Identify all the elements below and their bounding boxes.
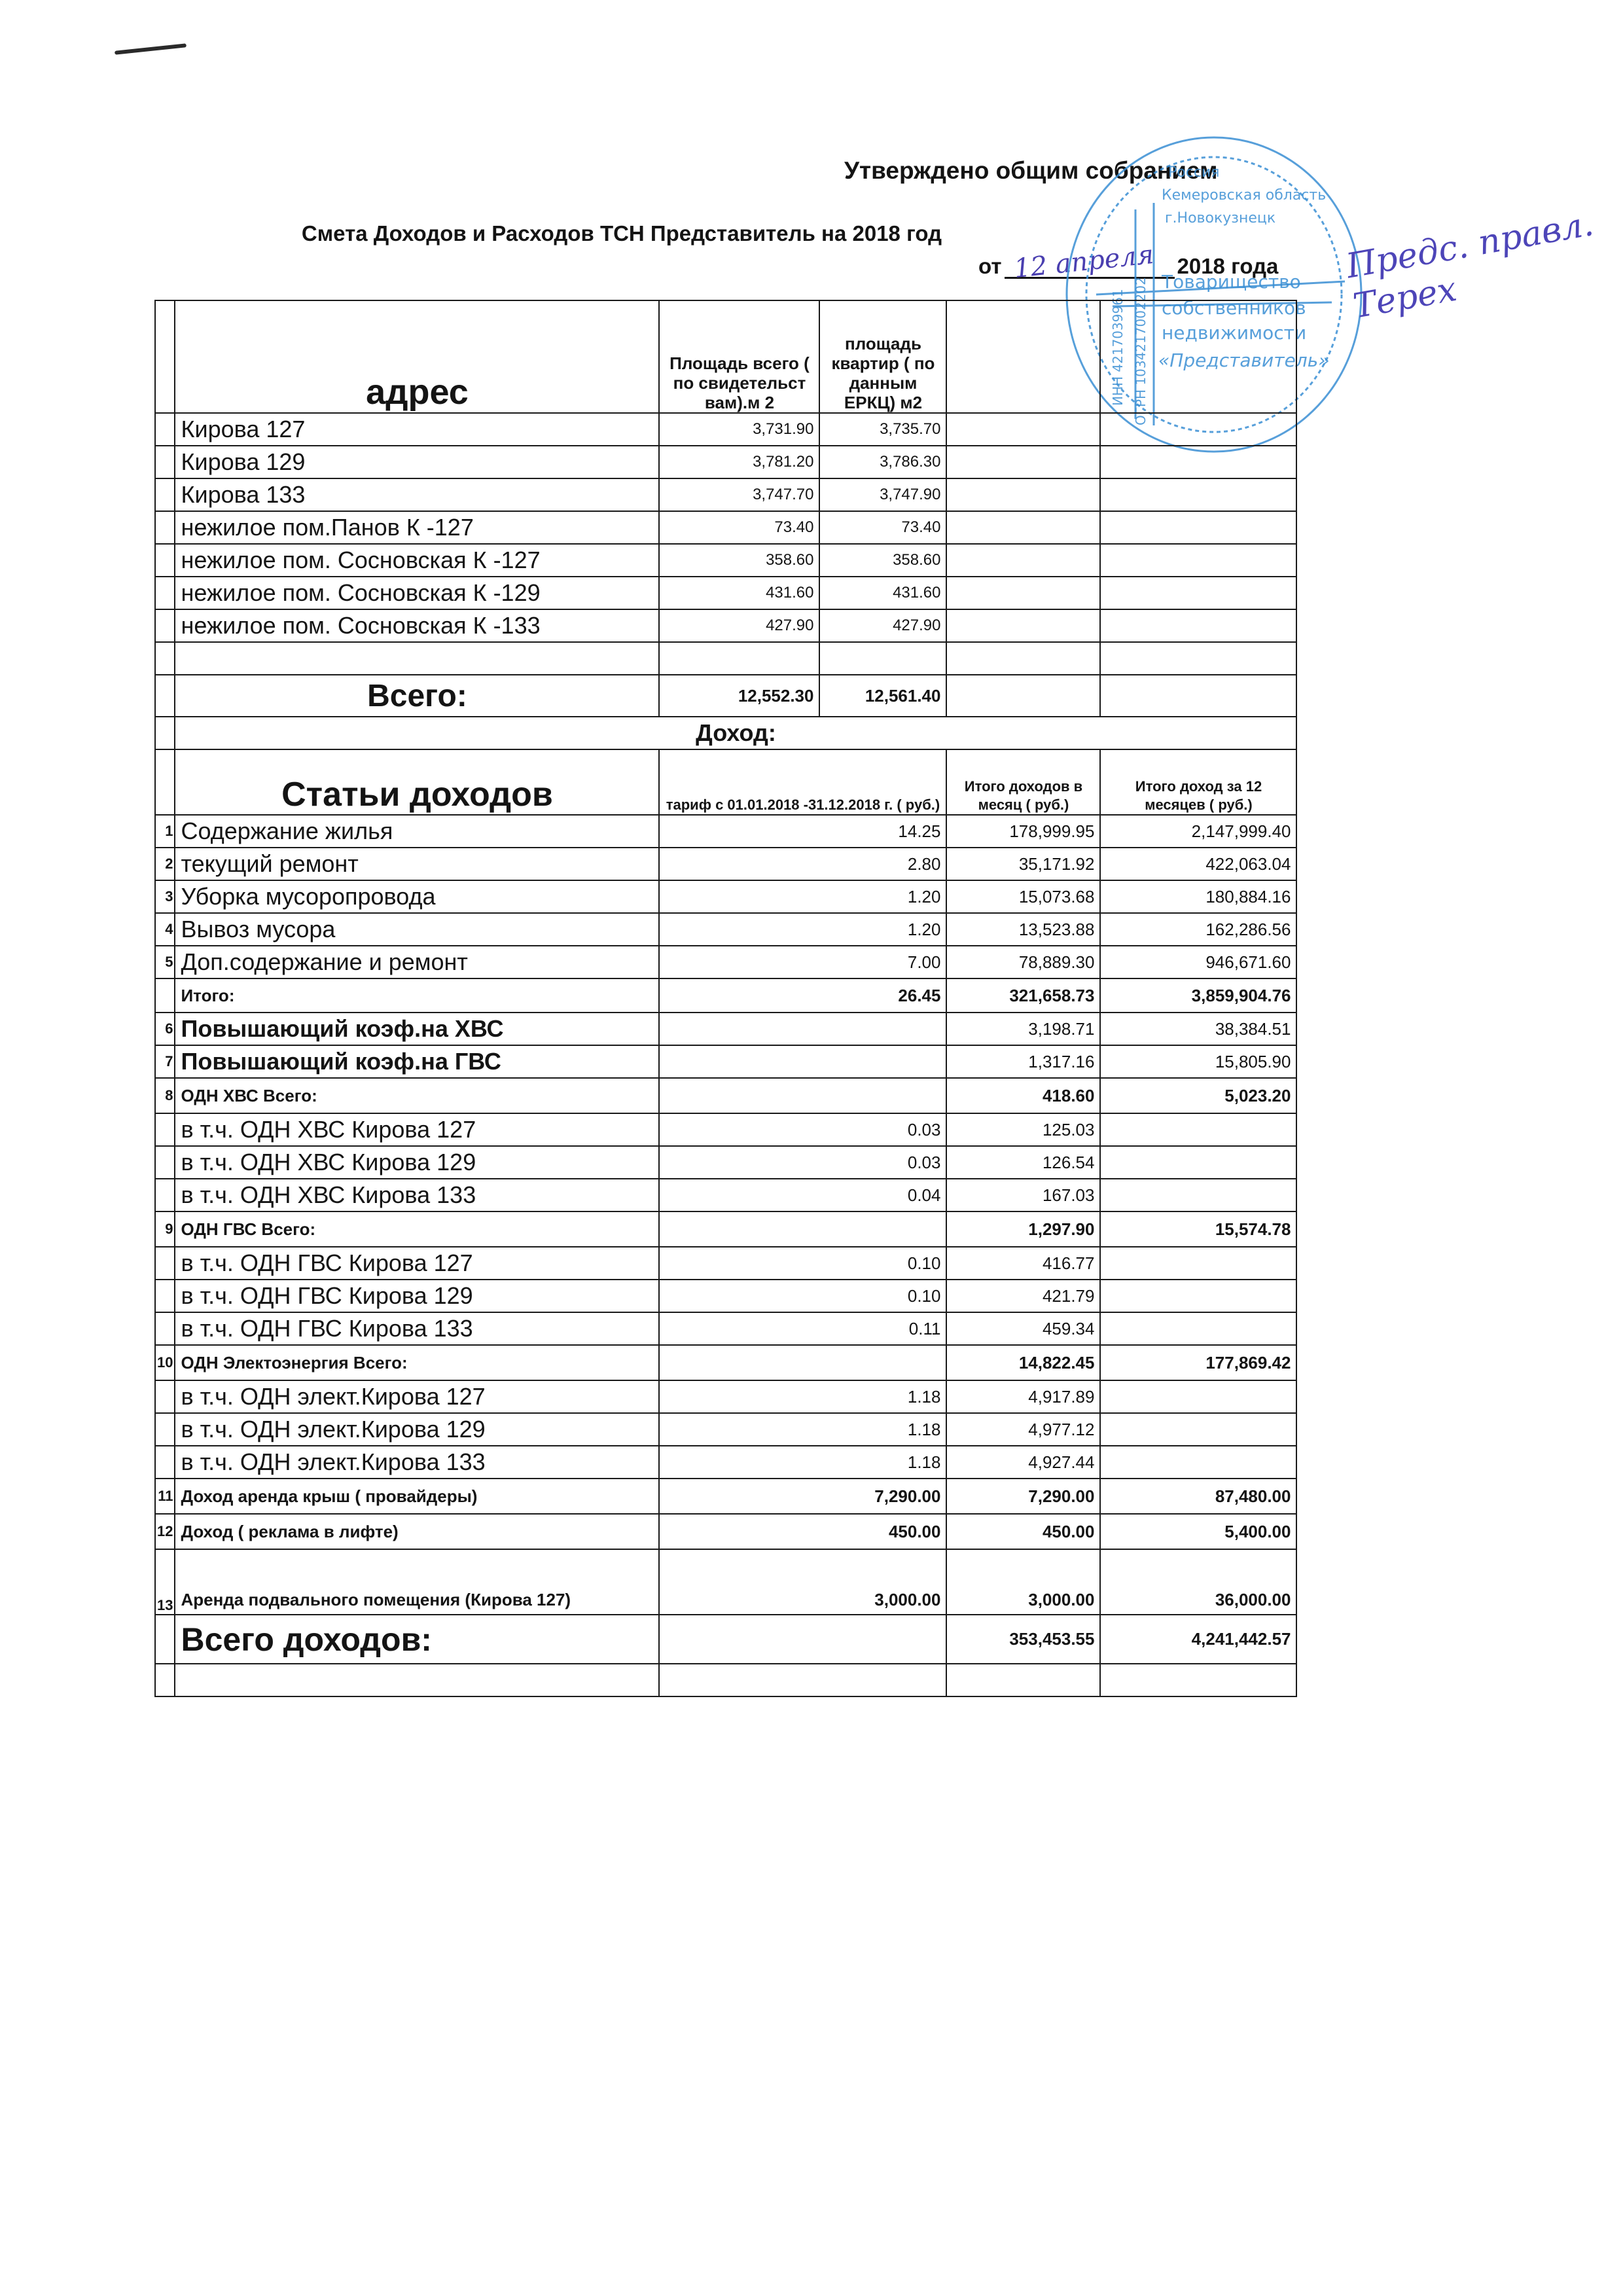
area-flats-header: площадь квартир ( по данным ЕРКЦ) м2 <box>819 300 946 413</box>
monthly-cell: 3,000.00 <box>946 1549 1100 1615</box>
yearly-cell: 87,480.00 <box>1100 1479 1296 1514</box>
tariff-cell <box>659 1078 946 1113</box>
address-cell: нежилое пом. Сосновская К -127 <box>175 544 659 577</box>
row-number <box>155 1446 175 1479</box>
row-number <box>155 1247 175 1280</box>
income-section-row: Доход: <box>155 717 1296 749</box>
area-flats-cell: 3,747.90 <box>819 478 946 511</box>
area-total-cell: 3,747.70 <box>659 478 819 511</box>
tariff-cell <box>659 1013 946 1045</box>
income-row: 1Содержание жилья14.25178,999.952,147,99… <box>155 815 1296 848</box>
approval-heading: Утверждено общим собранием <box>844 157 1217 185</box>
income-row: в т.ч. ОДН элект.Кирова 1271.184,917.89 <box>155 1380 1296 1413</box>
tariff-cell: 0.04 <box>659 1179 946 1211</box>
date-suffix: 2018 года <box>1177 254 1279 279</box>
tariff-cell: 7.00 <box>659 946 946 978</box>
row-number <box>155 1312 175 1345</box>
tariff-cell: 0.10 <box>659 1247 946 1280</box>
row-number <box>155 1113 175 1146</box>
income-item: Доход аренда крыш ( провайдеры) <box>175 1479 659 1514</box>
area-row: нежилое пом. Сосновская К -129431.60431.… <box>155 577 1296 609</box>
address-header: адрес <box>175 300 659 413</box>
staple-mark <box>115 43 187 54</box>
yearly-cell <box>1100 1113 1296 1146</box>
area-flats-cell: 73.40 <box>819 511 946 544</box>
yearly-cell <box>1100 1146 1296 1179</box>
area-row: нежилое пом.Панов К -12773.4073.40 <box>155 511 1296 544</box>
income-item: Уборка мусоропровода <box>175 880 659 913</box>
income-row: в т.ч. ОДН ХВС Кирова 1270.03125.03 <box>155 1113 1296 1146</box>
income-row: 12Доход ( реклама в лифте)450.00450.005,… <box>155 1514 1296 1549</box>
monthly-cell: 126.54 <box>946 1146 1100 1179</box>
area-row: Кирова 1333,747.703,747.90 <box>155 478 1296 511</box>
row-number: 1 <box>155 815 175 848</box>
income-item: ОДН ХВС Всего: <box>175 1078 659 1113</box>
yearly-cell: 36,000.00 <box>1100 1549 1296 1615</box>
address-cell: нежилое пом. Сосновская К -129 <box>175 577 659 609</box>
income-item: текущий ремонт <box>175 848 659 880</box>
yearly-cell <box>1100 1380 1296 1413</box>
income-row: 7Повышающий коэф.на ГВС1,317.1615,805.90 <box>155 1045 1296 1078</box>
monthly-cell: 7,290.00 <box>946 1479 1100 1514</box>
income-item: в т.ч. ОДН элект.Кирова 133 <box>175 1446 659 1479</box>
area-total-cell: 358.60 <box>659 544 819 577</box>
monthly-cell: 125.03 <box>946 1113 1100 1146</box>
row-number: 7 <box>155 1045 175 1078</box>
approval-date: от 12 апреля 2018 года <box>978 251 1278 279</box>
area-flats-cell: 358.60 <box>819 544 946 577</box>
area-flats-cell: 3,735.70 <box>819 413 946 446</box>
tariff-cell <box>659 1211 946 1247</box>
tariff-cell: 0.03 <box>659 1113 946 1146</box>
area-total-row: Всего: 12,552.30 12,561.40 <box>155 675 1296 717</box>
row-number <box>155 1146 175 1179</box>
yearly-header: Итого доход за 12 месяцев ( руб.) <box>1100 749 1296 815</box>
tariff-cell: 3,000.00 <box>659 1549 946 1615</box>
tariff-cell: 1.20 <box>659 913 946 946</box>
yearly-cell: 3,859,904.76 <box>1100 978 1296 1013</box>
row-number: 2 <box>155 848 175 880</box>
monthly-cell: 416.77 <box>946 1247 1100 1280</box>
area-flats-total-value: 12,561.40 <box>819 675 946 717</box>
income-item: в т.ч. ОДН ГВС Кирова 127 <box>175 1247 659 1280</box>
row-number <box>155 978 175 1013</box>
income-row: 9ОДН ГВС Всего:1,297.9015,574.78 <box>155 1211 1296 1247</box>
row-number <box>155 1380 175 1413</box>
income-item: в т.ч. ОДН ГВС Кирова 129 <box>175 1280 659 1312</box>
yearly-cell <box>1100 1413 1296 1446</box>
area-row: Кирова 1293,781.203,786.30 <box>155 446 1296 478</box>
income-row: в т.ч. ОДН элект.Кирова 1291.184,977.12 <box>155 1413 1296 1446</box>
tariff-cell: 0.10 <box>659 1280 946 1312</box>
income-item: Итого: <box>175 978 659 1013</box>
monthly-cell: 78,889.30 <box>946 946 1100 978</box>
address-cell: Кирова 133 <box>175 478 659 511</box>
svg-text:г.Новокузнецк: г.Новокузнецк <box>1165 210 1275 226</box>
area-total-cell: 427.90 <box>659 609 819 642</box>
document-title: Смета Доходов и Расходов ТСН Представите… <box>298 219 946 248</box>
tariff-cell: 1.18 <box>659 1446 946 1479</box>
area-total-cell: 73.40 <box>659 511 819 544</box>
yearly-cell <box>1100 1446 1296 1479</box>
monthly-header: Итого доходов в месяц ( руб.) <box>946 749 1100 815</box>
income-total-yearly: 4,241,442.57 <box>1100 1615 1296 1664</box>
date-blank: 12 апреля <box>1005 251 1175 279</box>
area-row: нежилое пом. Сосновская К -133427.90427.… <box>155 609 1296 642</box>
tariff-cell: 7,290.00 <box>659 1479 946 1514</box>
income-row: в т.ч. ОДН ХВС Кирова 1290.03126.54 <box>155 1146 1296 1179</box>
row-number: 5 <box>155 946 175 978</box>
income-row: 10ОДН Электоэнергия Всего:14,822.45177,8… <box>155 1345 1296 1380</box>
income-item: Повышающий коэф.на ХВС <box>175 1013 659 1045</box>
tariff-cell: 1.18 <box>659 1380 946 1413</box>
monthly-cell: 1,297.90 <box>946 1211 1100 1247</box>
monthly-cell: 459.34 <box>946 1312 1100 1345</box>
monthly-cell: 15,073.68 <box>946 880 1100 913</box>
empty-final-row <box>155 1664 1296 1696</box>
area-row: Кирова 1273,731.903,735.70 <box>155 413 1296 446</box>
income-row: в т.ч. ОДН ХВС Кирова 1330.04167.03 <box>155 1179 1296 1211</box>
income-row: в т.ч. ОДН элект.Кирова 1331.184,927.44 <box>155 1446 1296 1479</box>
area-total-header: Площадь всего ( по свидетельст вам).м 2 <box>659 300 819 413</box>
area-row: нежилое пом. Сосновская К -127358.60358.… <box>155 544 1296 577</box>
yearly-cell: 38,384.51 <box>1100 1013 1296 1045</box>
income-item: в т.ч. ОДН ХВС Кирова 127 <box>175 1113 659 1146</box>
row-number: 10 <box>155 1345 175 1380</box>
monthly-cell: 35,171.92 <box>946 848 1100 880</box>
income-row: в т.ч. ОДН ГВС Кирова 1270.10416.77 <box>155 1247 1296 1280</box>
area-flats-cell: 427.90 <box>819 609 946 642</box>
monthly-cell: 4,977.12 <box>946 1413 1100 1446</box>
monthly-cell: 450.00 <box>946 1514 1100 1549</box>
row-number: 6 <box>155 1013 175 1045</box>
yearly-cell <box>1100 1312 1296 1345</box>
area-flats-cell: 3,786.30 <box>819 446 946 478</box>
area-total-cell: 3,781.20 <box>659 446 819 478</box>
monthly-cell: 1,317.16 <box>946 1045 1100 1078</box>
income-row: 2текущий ремонт2.8035,171.92422,063.04 <box>155 848 1296 880</box>
income-item: Доход ( реклама в лифте) <box>175 1514 659 1549</box>
monthly-cell: 14,822.45 <box>946 1345 1100 1380</box>
monthly-cell: 4,927.44 <box>946 1446 1100 1479</box>
date-prefix: от <box>978 254 1002 279</box>
row-number <box>155 1179 175 1211</box>
yearly-cell: 5,023.20 <box>1100 1078 1296 1113</box>
income-row: в т.ч. ОДН ГВС Кирова 1330.11459.34 <box>155 1312 1296 1345</box>
area-total-label: Всего: <box>175 675 659 717</box>
income-item: Повышающий коэф.на ГВС <box>175 1045 659 1078</box>
row-number: 3 <box>155 880 175 913</box>
income-header-row: Статьи доходов тариф с 01.01.2018 -31.12… <box>155 749 1296 815</box>
income-item: Аренда подвального помещения (Кирова 127… <box>175 1549 659 1615</box>
tariff-cell: 14.25 <box>659 815 946 848</box>
yearly-cell: 15,805.90 <box>1100 1045 1296 1078</box>
tariff-cell: 2.80 <box>659 848 946 880</box>
monthly-cell: 418.60 <box>946 1078 1100 1113</box>
tariff-cell: 0.11 <box>659 1312 946 1345</box>
income-item: ОДН ГВС Всего: <box>175 1211 659 1247</box>
area-total-value: 12,552.30 <box>659 675 819 717</box>
row-number: 13 <box>155 1549 175 1615</box>
tariff-cell: 26.45 <box>659 978 946 1013</box>
tariff-cell: 450.00 <box>659 1514 946 1549</box>
income-item: в т.ч. ОДН ГВС Кирова 133 <box>175 1312 659 1345</box>
spacer-row <box>155 642 1296 675</box>
row-number: 4 <box>155 913 175 946</box>
income-item: Доп.содержание и ремонт <box>175 946 659 978</box>
yearly-cell: 2,147,999.40 <box>1100 815 1296 848</box>
row-number: 8 <box>155 1078 175 1113</box>
chairman-signature: Предс. правл. Терех <box>1343 199 1623 327</box>
address-cell: нежилое пом.Панов К -127 <box>175 511 659 544</box>
yearly-cell: 946,671.60 <box>1100 946 1296 978</box>
yearly-cell: 177,869.42 <box>1100 1345 1296 1380</box>
yearly-cell: 162,286.56 <box>1100 913 1296 946</box>
address-cell: Кирова 129 <box>175 446 659 478</box>
income-section-title: Доход: <box>175 717 1296 749</box>
yearly-cell <box>1100 1280 1296 1312</box>
address-cell: Кирова 127 <box>175 413 659 446</box>
yearly-cell: 15,574.78 <box>1100 1211 1296 1247</box>
svg-text:Кемеровская область: Кемеровская область <box>1162 187 1326 204</box>
row-number: 11 <box>155 1479 175 1514</box>
row-number: 12 <box>155 1514 175 1549</box>
income-row: в т.ч. ОДН ГВС Кирова 1290.10421.79 <box>155 1280 1296 1312</box>
monthly-cell: 4,917.89 <box>946 1380 1100 1413</box>
income-row: Итого:26.45321,658.733,859,904.76 <box>155 978 1296 1013</box>
monthly-cell: 3,198.71 <box>946 1013 1100 1045</box>
income-total-monthly: 353,453.55 <box>946 1615 1100 1664</box>
address-cell: нежилое пом. Сосновская К -133 <box>175 609 659 642</box>
area-total-cell: 3,731.90 <box>659 413 819 446</box>
yearly-cell: 180,884.16 <box>1100 880 1296 913</box>
monthly-cell: 167.03 <box>946 1179 1100 1211</box>
yearly-cell: 422,063.04 <box>1100 848 1296 880</box>
monthly-cell: 421.79 <box>946 1280 1100 1312</box>
area-flats-cell: 431.60 <box>819 577 946 609</box>
monthly-cell: 13,523.88 <box>946 913 1100 946</box>
income-item: в т.ч. ОДН элект.Кирова 129 <box>175 1413 659 1446</box>
income-item: в т.ч. ОДН ХВС Кирова 129 <box>175 1146 659 1179</box>
income-row: 11Доход аренда крыш ( провайдеры)7,290.0… <box>155 1479 1296 1514</box>
income-total-row: Всего доходов: 353,453.55 4,241,442.57 <box>155 1615 1296 1664</box>
income-item: в т.ч. ОДН элект.Кирова 127 <box>175 1380 659 1413</box>
yearly-cell <box>1100 1247 1296 1280</box>
income-total-label: Всего доходов: <box>175 1615 659 1664</box>
yearly-cell <box>1100 1179 1296 1211</box>
tariff-cell <box>659 1045 946 1078</box>
tariff-cell <box>659 1345 946 1380</box>
income-row: 8ОДН ХВС Всего:418.605,023.20 <box>155 1078 1296 1113</box>
handwritten-date: 12 апреля <box>1012 240 1155 284</box>
row-number <box>155 1413 175 1446</box>
budget-table: адрес Площадь всего ( по свидетельст вам… <box>154 300 1297 1697</box>
income-item: в т.ч. ОДН ХВС Кирова 133 <box>175 1179 659 1211</box>
area-header-row: адрес Площадь всего ( по свидетельст вам… <box>155 300 1296 413</box>
income-item: Содержание жилья <box>175 815 659 848</box>
income-item: Вывоз мусора <box>175 913 659 946</box>
income-row: 3Уборка мусоропровода1.2015,073.68180,88… <box>155 880 1296 913</box>
income-row: 6Повышающий коэф.на ХВС3,198.7138,384.51 <box>155 1013 1296 1045</box>
tariff-cell: 1.20 <box>659 880 946 913</box>
income-row: 13Аренда подвального помещения (Кирова 1… <box>155 1549 1296 1615</box>
row-number: 9 <box>155 1211 175 1247</box>
row-number <box>155 1280 175 1312</box>
income-row: 4Вывоз мусора1.2013,523.88162,286.56 <box>155 913 1296 946</box>
tariff-cell: 1.18 <box>659 1413 946 1446</box>
yearly-cell: 5,400.00 <box>1100 1514 1296 1549</box>
income-item: ОДН Электоэнергия Всего: <box>175 1345 659 1380</box>
tariff-cell: 0.03 <box>659 1146 946 1179</box>
monthly-cell: 178,999.95 <box>946 815 1100 848</box>
income-item-header: Статьи доходов <box>175 749 659 815</box>
tariff-header: тариф с 01.01.2018 -31.12.2018 г. ( руб.… <box>659 749 946 815</box>
income-row: 5Доп.содержание и ремонт7.0078,889.30946… <box>155 946 1296 978</box>
monthly-cell: 321,658.73 <box>946 978 1100 1013</box>
area-total-cell: 431.60 <box>659 577 819 609</box>
